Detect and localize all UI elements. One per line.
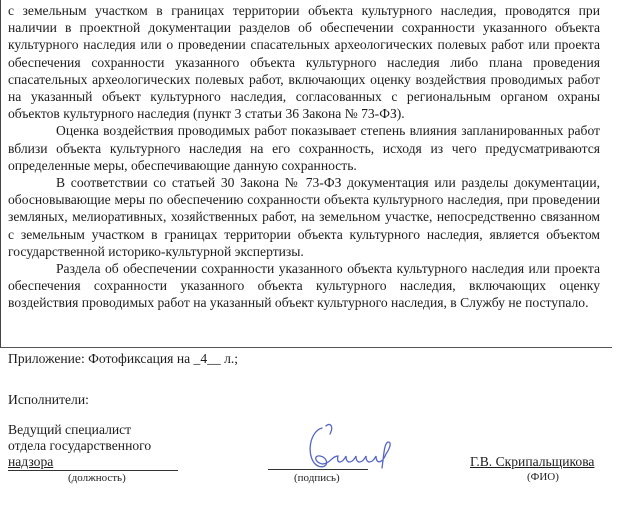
position-caption: (должность) [68,472,126,485]
paragraph-1: с земельным участком в границах территор… [8,2,600,122]
document-text: с земельным участком в границах территор… [8,2,600,312]
position-line-1: Ведущий специалист [8,422,178,438]
signature-caption: (подпись) [294,472,340,485]
paragraph-4: Раздела об обеспечении сохранности указа… [8,260,600,312]
paragraph-2: Оценка воздействия проводимых работ пока… [8,122,600,174]
signature-underline [268,469,368,470]
appendix-line: Приложение: Фотофиксация на _4__ л.; [8,350,238,367]
handwritten-signature-icon [300,420,410,480]
position-line-2: отдела государственного [8,438,178,454]
fio-caption: (ФИО) [527,471,559,484]
position-line-3: надзора [8,454,178,471]
position-block: Ведущий специалист отдела государственно… [8,422,178,471]
fio-name: Г.В. Скрипальщикова [470,454,594,470]
paragraph-3: В соответствии со статьей 30 Закона № 73… [8,174,600,260]
performers-label: Исполнители: [8,391,89,408]
